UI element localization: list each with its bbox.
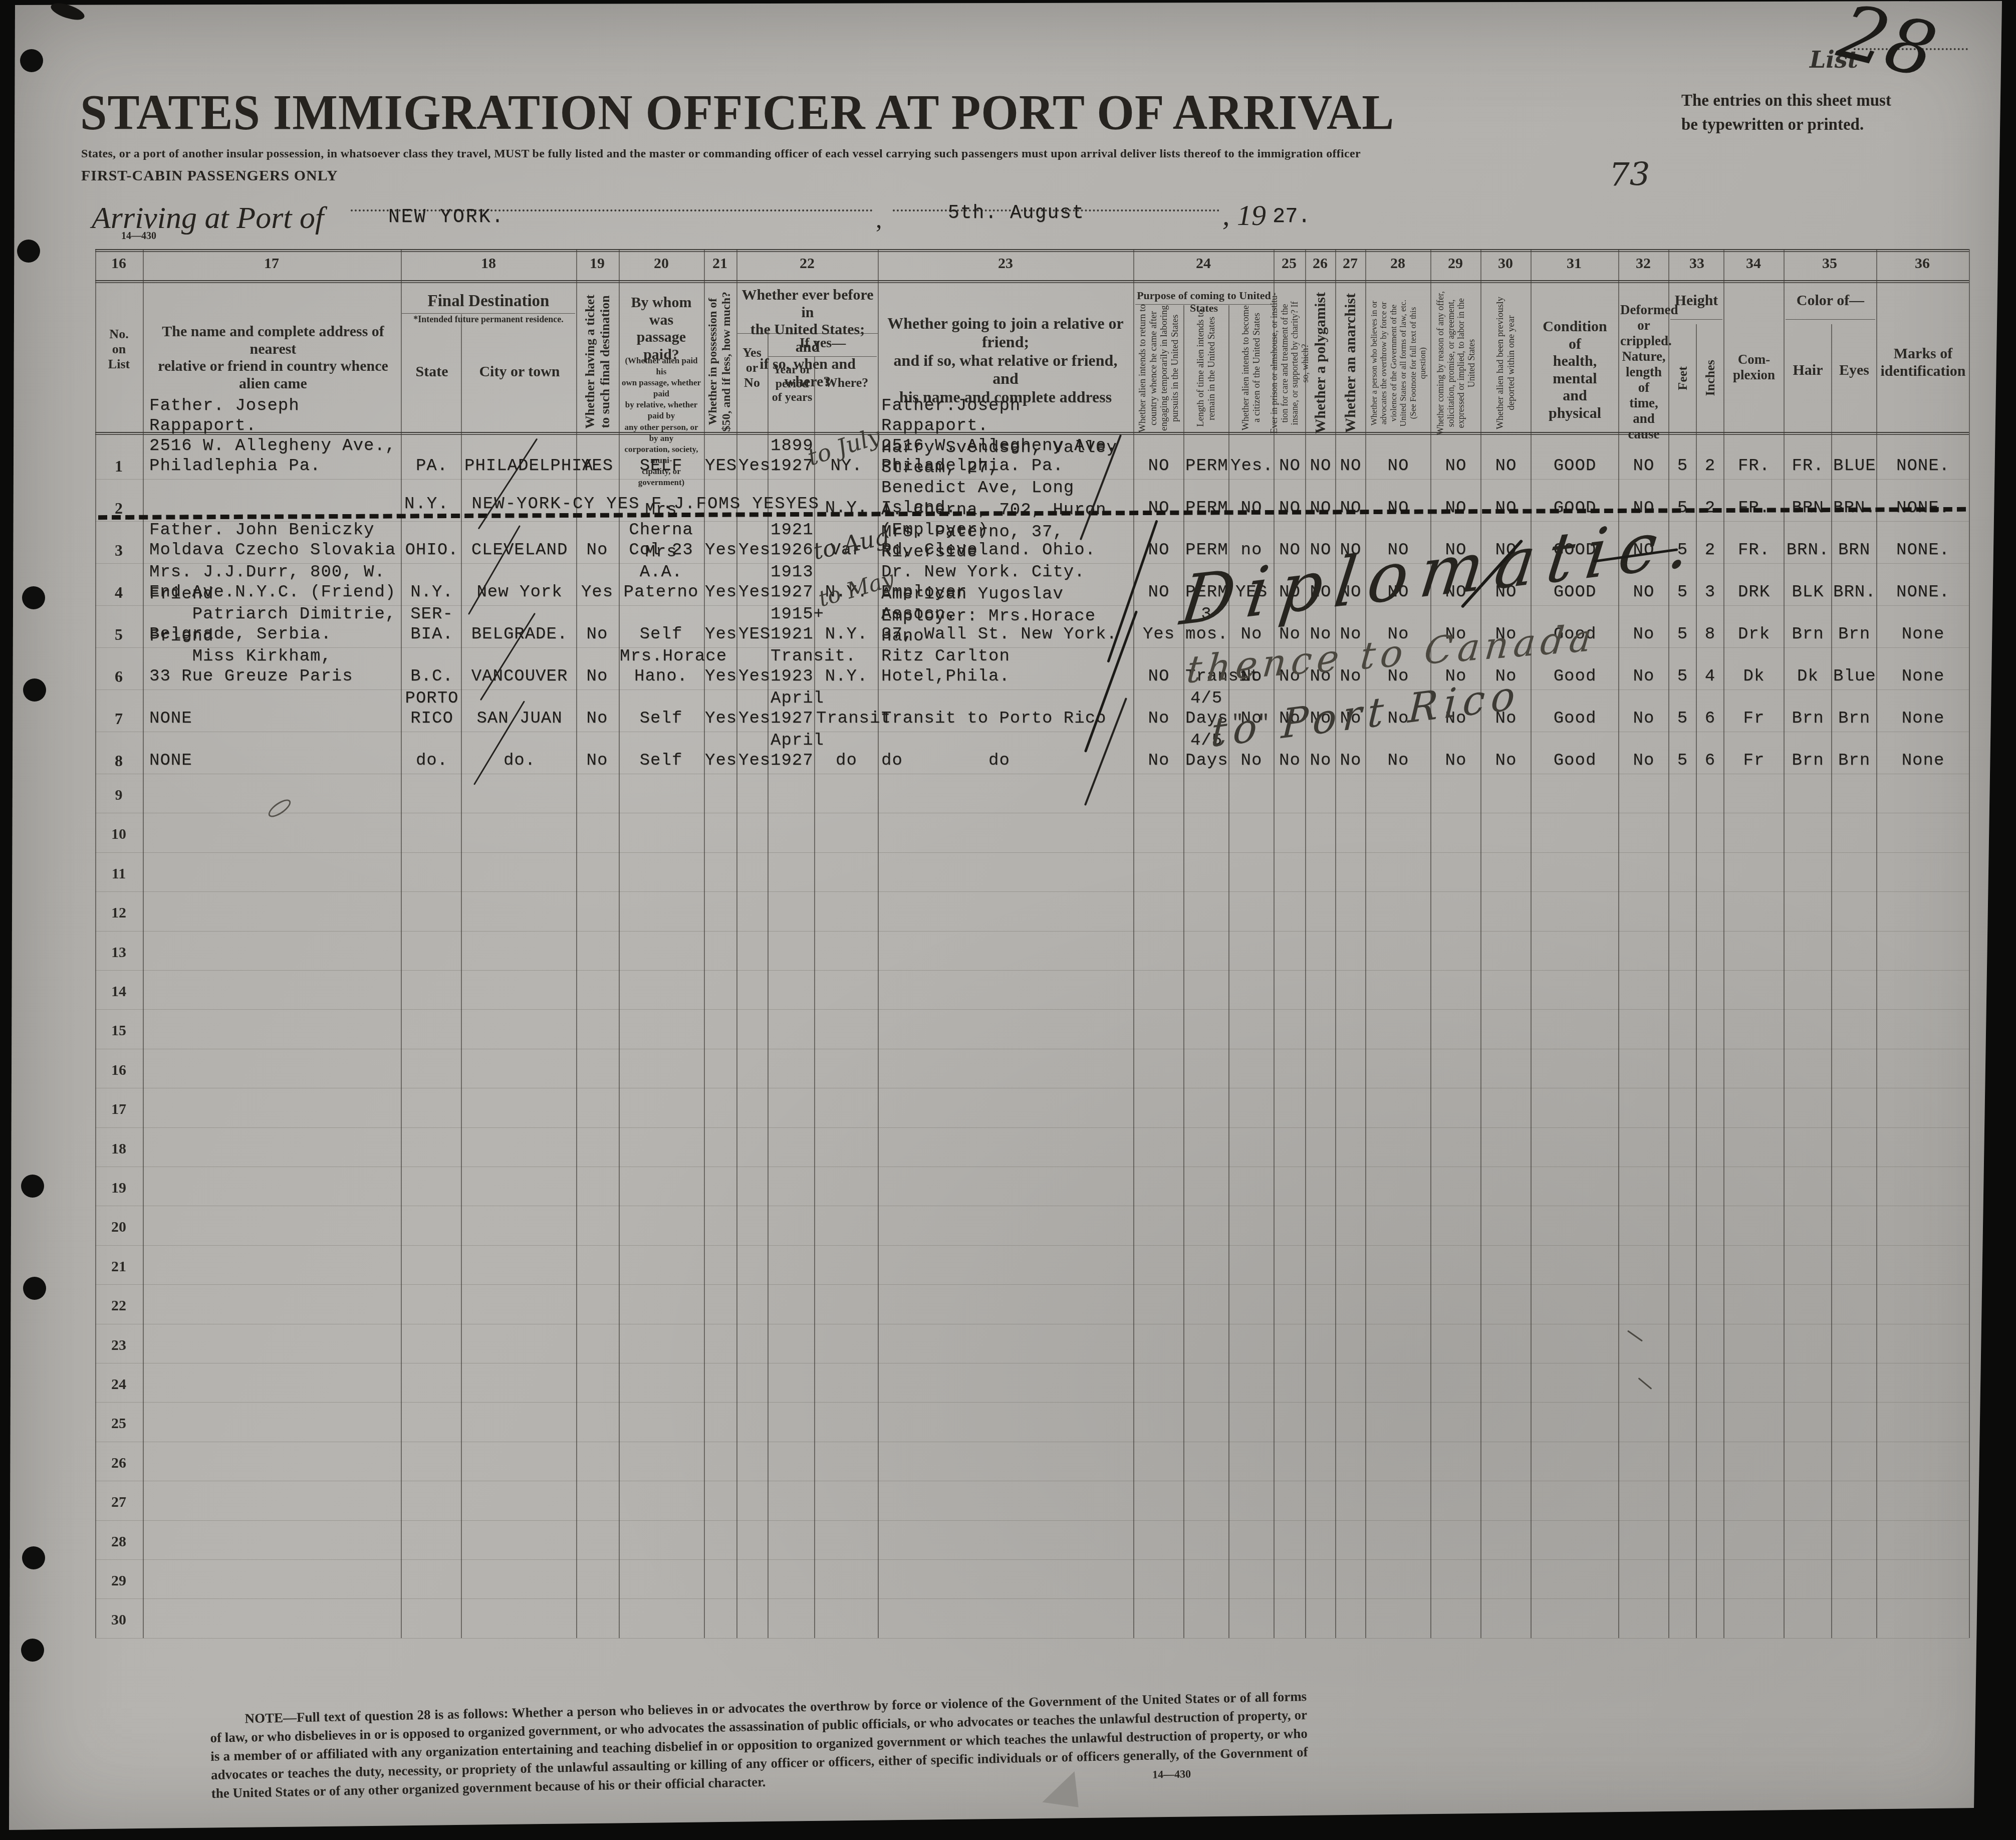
cell-before: Yes. (738, 456, 767, 476)
cell-inches: 6 (1698, 709, 1722, 729)
cell-where: N.Y. (816, 624, 877, 644)
cell-deported: No (1482, 751, 1530, 771)
row-number: 4 (95, 582, 143, 602)
cell-prison: NO (1276, 456, 1304, 476)
row-number: 20 (111, 1219, 126, 1236)
form-number-bottom: 14—430 (1152, 1767, 1191, 1781)
cell-return: NO (1135, 456, 1182, 476)
punch-hole (23, 678, 46, 702)
row-number: 5 (95, 624, 143, 644)
cell-passage-paid: Self (620, 709, 702, 729)
cell-citizen: No (1230, 751, 1273, 771)
cell-joining: Employer: Mrs.Horace Hano Ritz Carlton H… (881, 606, 1132, 686)
cell-labor: NO (1432, 498, 1479, 518)
row-number: 21 (111, 1258, 126, 1275)
cell-health: Good (1533, 709, 1617, 729)
cell-before: Yes (738, 666, 767, 686)
col-number: 31 (1567, 255, 1582, 272)
handwritten-page-number: 73 (1609, 156, 1650, 193)
cell-ticket: No (577, 666, 617, 686)
ditto-marks: " " " (1231, 713, 1297, 735)
header-height: Height (1670, 292, 1722, 310)
cell-length: PERM (1185, 456, 1227, 476)
row-number: 10 (111, 826, 126, 843)
rule (95, 280, 1969, 283)
cell-inches: 4 (1698, 666, 1722, 686)
header-where: Where? (816, 375, 877, 390)
cell-relative: Friend Miss Kirkham, 33 Rue Greuze Paris (149, 626, 402, 686)
cell-before: Yes (738, 709, 767, 729)
cell-city: SAN JUAN (464, 709, 575, 729)
cell-fifty: Yes (705, 582, 736, 602)
cell-inches: 8 (1698, 624, 1722, 644)
cell-city: BELGRADE. (464, 624, 575, 644)
port-value: NEW YORK. (388, 206, 505, 228)
cell-ticket: YES (577, 456, 617, 476)
cell-hair: Brn (1786, 709, 1830, 729)
empty-row-lines (95, 774, 1969, 1639)
cell-prison: NO (1276, 498, 1304, 518)
cell-hair: BRN. (1786, 540, 1830, 560)
cell-eyes: Brn (1833, 751, 1875, 771)
col-number: 27 (1343, 255, 1358, 272)
cell-polygamist: No (1307, 751, 1334, 771)
rule (402, 313, 575, 314)
header-state: State (404, 363, 459, 381)
year-typed: 27. (1273, 204, 1311, 228)
cell-fifty: Yes (705, 751, 736, 771)
row-number: 3 (95, 540, 143, 560)
header-city-or-town: City or town (464, 363, 575, 381)
punch-hole (21, 1175, 44, 1198)
cell-relative: NONE (149, 709, 402, 729)
cell-deformed: NO (1620, 456, 1667, 476)
col-number: 20 (654, 255, 669, 272)
cell-eyes: Brn (1833, 709, 1875, 729)
row-number: 23 (111, 1337, 126, 1354)
cell-health: Good (1533, 666, 1617, 686)
cell-before: YES (738, 624, 767, 644)
cell-eyes: BRN (1833, 540, 1875, 560)
header-polygamist: Whether a polygamist (1312, 292, 1329, 434)
cell-deported: NO (1482, 498, 1530, 518)
cell-ticket: No (577, 709, 617, 729)
cell-passage-paid: Self (620, 751, 702, 771)
cell-years: 1921 1926 (771, 520, 814, 560)
row-number: 27 (111, 1494, 126, 1511)
cell-eyes: BLUE (1833, 456, 1875, 476)
cell-deformed: No (1620, 751, 1667, 771)
cell-before: Yes (738, 751, 767, 771)
row-number: 28 (111, 1533, 126, 1550)
punch-hole (17, 240, 40, 263)
col-number: 24 (1196, 255, 1211, 272)
cell-return: Yes (1135, 624, 1182, 644)
row-number: 19 (111, 1180, 126, 1197)
row-number: 29 (111, 1572, 126, 1589)
header-inches: Inches (1703, 360, 1718, 396)
cell-return: NO (1135, 666, 1182, 686)
row-number: 12 (111, 904, 126, 922)
cell-deformed: No (1620, 624, 1667, 644)
cell-relative: Father. John Beniczky Moldava Czecho Slo… (149, 520, 402, 560)
table-row: 7 NONE PORTO RICO SAN JUAN No Self Yes Y… (95, 689, 1969, 732)
header-purpose-return: Whether alien intends to return to count… (1137, 304, 1181, 432)
col-number: 34 (1746, 255, 1761, 272)
col-number: 26 (1313, 255, 1328, 272)
cell-overthrow: NO (1367, 456, 1429, 476)
cell-overthrow: NO (1367, 498, 1429, 518)
form-number-top: 14—430 (121, 231, 156, 242)
cell-complexion: FR. (1725, 540, 1783, 560)
cell-health: GOOD (1533, 456, 1617, 476)
cell-return: NO (1135, 582, 1182, 602)
cell-joining: do do (881, 751, 1132, 771)
row-number: 16 (111, 1062, 126, 1079)
cell-marks: NONE. (1878, 456, 1968, 476)
header-passage-paid: By whom was passage paid? (620, 294, 703, 363)
rule (737, 333, 878, 334)
col-number: 25 (1282, 255, 1297, 272)
cell-feet: 5 (1670, 582, 1695, 602)
cell-years: 1913 1927 (771, 562, 814, 602)
header-yes-or-no: Yes or No (737, 345, 767, 390)
cell-fifty: Yes (705, 540, 736, 560)
cell-return: No (1135, 751, 1182, 771)
cell-ticket: Yes (577, 582, 617, 602)
cell-complexion: Drk (1725, 624, 1783, 644)
punch-hole (22, 1546, 45, 1569)
punch-hole (22, 586, 45, 609)
header-no-on-list: No. on List (95, 327, 143, 372)
cell-where: Transit (816, 709, 877, 729)
rule (1786, 319, 1875, 320)
header-complexion: Com- plexion (1725, 352, 1783, 383)
date-value: 5th. August (948, 202, 1085, 224)
header-deformed: Deformed or crippled. Nature, length of … (1620, 302, 1667, 442)
cell-inches: 6 (1698, 751, 1722, 771)
cell-anarchist: No (1337, 751, 1364, 771)
row-number: 13 (111, 944, 126, 961)
header-if-yes: If yes— (769, 335, 877, 351)
col-number: 35 (1822, 255, 1837, 272)
grid-line (1969, 249, 1970, 1638)
cell-years: Transit. 1923 (771, 646, 814, 686)
row-number: 7 (95, 709, 143, 729)
cell-fifty: Yes (705, 709, 736, 729)
row-number: 11 (112, 865, 126, 882)
col-number: 22 (800, 255, 815, 272)
cell-feet: 5 (1670, 709, 1695, 729)
rule (1670, 319, 1722, 320)
col-number: 18 (481, 255, 496, 272)
cell-passage-paid: SELF (620, 456, 702, 476)
rule (95, 249, 1969, 252)
cell-hair: Brn (1786, 624, 1830, 644)
col-number: 16 (111, 255, 126, 272)
cell-marks: None (1878, 751, 1968, 771)
header-ticket: Whether having a ticket to such final de… (583, 295, 612, 428)
page-title: STATES IMMIGRATION OFFICER AT PORT OF AR… (80, 83, 1394, 141)
cell-state: SER- BIA. (404, 604, 459, 644)
cell-state: OHIO. (404, 540, 459, 560)
cell-ticket: No (577, 540, 617, 560)
cell-hair: FR. (1786, 456, 1830, 476)
cell-polygamist: NO (1307, 498, 1334, 518)
col-number: 28 (1390, 255, 1405, 272)
row-number: 30 (111, 1612, 126, 1629)
col-number: 19 (590, 255, 605, 272)
cell-citizen: NO (1230, 498, 1273, 518)
header-labor-contract: Whether coming by reason of any offer, s… (1435, 291, 1476, 435)
row-number: 1 (95, 456, 143, 476)
cell-passage-paid: Self (620, 624, 702, 644)
comma: , (876, 204, 882, 234)
row-number: 15 (111, 1022, 126, 1039)
cell-inches: 3 (1698, 582, 1722, 602)
cell-where: do (816, 751, 877, 771)
row-number: 14 (111, 983, 126, 1000)
row-number: 26 (111, 1455, 126, 1472)
rule (769, 356, 877, 357)
cell-where: N.Y. (816, 666, 877, 686)
row-number: 8 (95, 751, 143, 771)
table-row: 6 Friend Miss Kirkham, 33 Rue Greuze Par… (95, 647, 1969, 689)
cell-hair: Dk (1786, 666, 1830, 686)
first-cabin-label: FIRST-CABIN PASSENGERS ONLY (81, 167, 338, 184)
header-prison: Ever in prison or almshouse, or institu-… (1269, 293, 1310, 433)
row-number: 24 (111, 1376, 126, 1393)
cell-prison: No (1276, 751, 1304, 771)
cell-years: 1915+ 1921 (771, 604, 814, 644)
cell-eyes: Brn (1833, 624, 1875, 644)
cell-feet: 5 (1670, 666, 1695, 686)
header-deported: Whether alien had been previously deport… (1495, 297, 1517, 429)
cell-marks: NONE. (1878, 582, 1968, 602)
row-number: 9 (115, 787, 123, 804)
cell-complexion: Dk (1725, 666, 1783, 686)
header-overthrow: Whether a person who believes in or advo… (1369, 300, 1427, 426)
cell-fifty: Yes (705, 666, 736, 686)
scanned-manifest-page: List 28 STATES IMMIGRATION OFFICER AT PO… (0, 0, 2016, 1840)
cell-state: N.Y. (404, 582, 459, 602)
cell-state: PORTO RICO (404, 688, 459, 729)
cell-return: No (1135, 709, 1182, 729)
cell-deformed: No (1620, 709, 1667, 729)
row-number: 18 (111, 1140, 126, 1158)
cell-anarchist: NO (1337, 456, 1364, 476)
cell-marks: None (1878, 624, 1968, 644)
header-feet: Feet (1675, 366, 1690, 390)
cell-fifty: YES (705, 456, 736, 476)
col-number: 33 (1689, 255, 1704, 272)
cell-years: April 1927 (771, 688, 814, 729)
cell-feet: 5 (1670, 751, 1695, 771)
table-row: 8 NONE do. do. No Self Yes Yes April 192… (95, 732, 1969, 774)
cell-city: do. (464, 751, 575, 771)
cell-marks: NONE. (1878, 540, 1968, 560)
header-condition-health: Condition of health, mental and physical (1533, 318, 1617, 422)
header-final-destination: Final Destination (402, 292, 575, 311)
cell-state: B.C. (404, 666, 459, 686)
entries-note: The entries on this sheet must be typewr… (1681, 89, 1891, 137)
cell-anarchist: NO (1337, 498, 1364, 518)
punch-hole (20, 49, 43, 72)
header-final-destination-note: *Intended future permanent residence. (402, 314, 575, 325)
cell-feet: 5 (1670, 624, 1695, 644)
cell-passage-paid: Mrs A.A. Paterno (620, 542, 702, 602)
cell-labor: NO (1432, 456, 1479, 476)
col-number: 30 (1498, 255, 1513, 272)
cell-fifty: Yes (705, 624, 736, 644)
header-hair: Hair (1786, 362, 1830, 379)
header-purpose-citizen: Whether alien intends to become a citize… (1240, 305, 1262, 430)
subtitle: States, or a port of another insular pos… (81, 147, 1361, 161)
year-printed: , 19 (1222, 198, 1266, 232)
cell-inches: 2 (1698, 456, 1722, 476)
cell-eyes: BRN. (1833, 582, 1875, 602)
col-number: 17 (264, 255, 279, 272)
cell-before: Yes (738, 540, 767, 560)
cell-city: CLEVELAND (464, 540, 575, 560)
cell-polygamist: NO (1307, 456, 1334, 476)
cell-eyes: Blue (1833, 666, 1875, 686)
row-number: 17 (111, 1101, 126, 1118)
cell-state: PA. (404, 456, 459, 476)
cell-before: Yes (738, 582, 767, 602)
cell-marks: None (1878, 666, 1968, 686)
cell-ticket: No (577, 624, 617, 644)
header-eyes: Eyes (1833, 362, 1875, 379)
cell-health: Good (1533, 751, 1617, 771)
cell-complexion: DRK (1725, 582, 1783, 602)
cell-length: PERM (1185, 498, 1227, 518)
col-number: 23 (998, 255, 1013, 272)
cell-complexion: Fr (1725, 709, 1783, 729)
cell-deported: NO (1482, 456, 1530, 476)
cell-citizen: Yes. (1230, 456, 1273, 476)
cell-city: VANCOUVER (464, 666, 575, 686)
cell-relative: Father. Joseph Rappaport. 2516 W. Allegh… (149, 396, 402, 476)
header-year-period: Year or period of years (771, 363, 814, 405)
header-purpose-length: Length of time alien intends to remain i… (1195, 310, 1217, 427)
cell-years: April 1927 (771, 731, 814, 771)
header-anarchist: Whether an anarchist (1342, 293, 1359, 433)
header-fifty-dollars: Whether in possession of $50, and if les… (706, 292, 734, 431)
col-number: 21 (712, 255, 727, 272)
header-relative-address: The name and complete address of nearest… (145, 323, 401, 392)
row-number: 6 (95, 666, 143, 686)
header-joining-relative: Whether going to join a relative or frie… (879, 314, 1132, 406)
cell-deformed: No (1620, 666, 1667, 686)
cell-state: do. (404, 751, 459, 771)
cell-labor: No (1432, 751, 1479, 771)
punch-hole (21, 1639, 44, 1662)
col-number: 32 (1636, 255, 1651, 272)
header-color-of: Color of— (1786, 292, 1875, 310)
cell-marks: None (1878, 709, 1968, 729)
paper-fold (1042, 1767, 1083, 1807)
cell-ticket: No (577, 751, 617, 771)
row-number: 25 (111, 1415, 126, 1432)
header-marks: Marks of identification (1878, 345, 1968, 380)
manifest-table: 16 17 18 19 20 21 22 23 24 25 26 27 28 2… (95, 249, 1969, 1641)
row-number: 22 (111, 1297, 126, 1314)
cell-complexion: Fr (1725, 751, 1783, 771)
punch-hole (23, 1277, 46, 1300)
cell-hair: Brn (1786, 751, 1830, 771)
cell-relative: NONE (149, 751, 402, 771)
cell-complexion: FR. (1725, 456, 1783, 476)
cell-overthrow: No (1367, 751, 1429, 771)
cell-inches: 2 (1698, 540, 1722, 560)
col-number: 29 (1448, 255, 1463, 272)
cell-feet: 5 (1670, 456, 1695, 476)
cell-years: 1899 1927 (771, 436, 814, 476)
col-number: 36 (1915, 255, 1930, 272)
cell-passage-paid: Mrs.Horace Hano. (620, 646, 702, 686)
cell-hair: BLK (1786, 582, 1830, 602)
